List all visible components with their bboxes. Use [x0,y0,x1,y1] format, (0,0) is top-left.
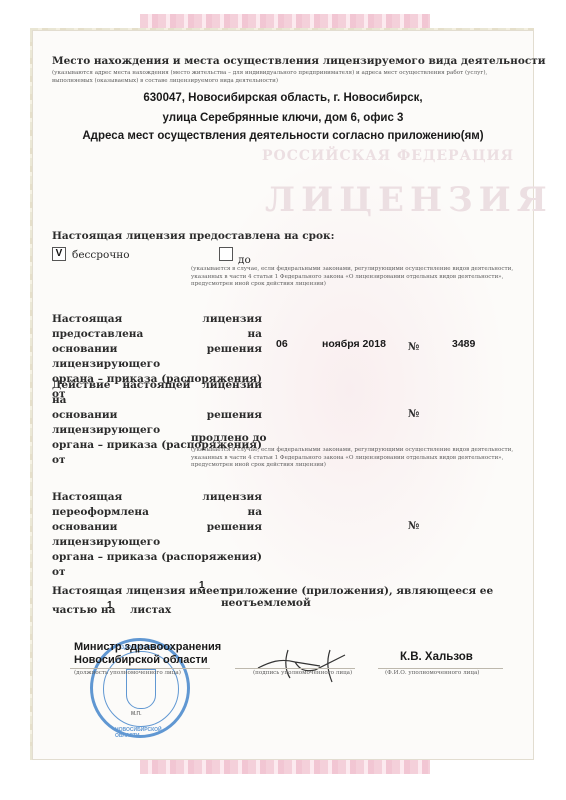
signature-caption: (подпись уполномоченного лица) [253,670,352,678]
extended-line1: Действие настоящей лицензии на [52,378,262,408]
decorative-border-top-pink [140,14,430,28]
reissued-number-sign: № [408,520,419,532]
position-line [70,668,210,669]
extended-hint: (указывается в случае, если федеральными… [191,447,531,470]
sheet-count: 1 [107,600,113,611]
extended-hint-line3: предусмотрен иной срок действия лицензии… [191,462,531,470]
extended-until-label: продлено до [191,432,266,444]
name-line [378,668,503,669]
location-heading: Место нахождения и места осуществления л… [52,55,546,67]
signature-icon [250,640,350,685]
extended-hint-line1: (указывается в случае, если федеральными… [191,447,531,455]
granted-month-year: ноября 2018 [322,338,386,350]
reissued-line2: основании решения лицензирующего [52,520,262,550]
reissued-line1: Настоящая лицензия переоформлена на [52,490,262,520]
extended-number-sign: № [408,408,419,420]
granted-line2: основании решения лицензирующего [52,342,262,372]
term-hint: (указывается в случае, если федеральными… [191,266,531,289]
position-line2: Новосибирской области [74,654,221,667]
appendix-count: 1 [199,580,205,591]
appendix-line2-after: листах [130,604,171,616]
stamp-text-bottom: НОВОСИБИРСКОЙ ОБЛАСТИ [115,727,187,739]
extended-hint-line2: указанных в части 4 статьи 1 Федеральног… [191,455,531,463]
position-caption: (должность уполномоченного лица) [74,670,181,678]
address-line-2: улица Серебрянные ключи, дом 6, офис 3 [0,112,566,124]
term-hint-line3: предусмотрен иной срок действия лицензии… [191,281,531,289]
granted-number: 3489 [452,338,475,350]
reissued-block: Настоящая лицензия переоформлена на осно… [52,490,262,580]
appendix-text-after: приложение (приложения), являющееся ее н… [221,585,566,609]
term-hint-line1: (указывается в случае, если федеральными… [191,266,531,274]
indefinite-label: бессрочно [72,249,130,261]
location-hint: (указываются адрес места нахождения (мес… [52,70,532,85]
until-label: до [238,254,251,266]
address-line-1: 630047, Новосибирская область, г. Новоси… [0,92,566,104]
signatory-position: Министр здравоохранения Новосибирской об… [74,641,221,667]
until-checkbox [219,247,233,261]
term-heading: Настоящая лицензия предоставлена на срок… [52,230,334,242]
term-hint-line2: указанных в части 4 статьи 1 Федеральног… [191,274,531,282]
appendix-line2-before: частью на [52,604,115,616]
granted-line1: Настоящая лицензия предоставлена на [52,312,262,342]
position-line1: Министр здравоохранения [74,641,221,654]
location-hint-line2: выполняемых (оказываемых) в составе лице… [52,78,532,86]
reissued-line3: органа – приказа (распоряжения) от [52,550,262,580]
signature-line [235,668,355,669]
indefinite-checkbox: V [52,247,66,261]
location-hint-line1: (указываются адрес места нахождения (мес… [52,70,532,78]
decorative-border-bottom-pink [140,760,430,774]
watermark-title: ЛИЦЕНЗИЯ [265,180,553,220]
granted-day: 06 [276,338,288,350]
granted-number-sign: № [408,341,419,353]
name-caption: (Ф.И.О. уполномоченного лица) [385,670,479,678]
address-line-3: Адреса мест осуществления деятельности с… [0,130,566,142]
watermark-text: РОССИЙСКАЯ ФЕДЕРАЦИЯ [262,148,514,164]
signatory-name: К.В. Хальзов [400,651,473,663]
stamp-mp-label: М.П. [131,711,142,717]
